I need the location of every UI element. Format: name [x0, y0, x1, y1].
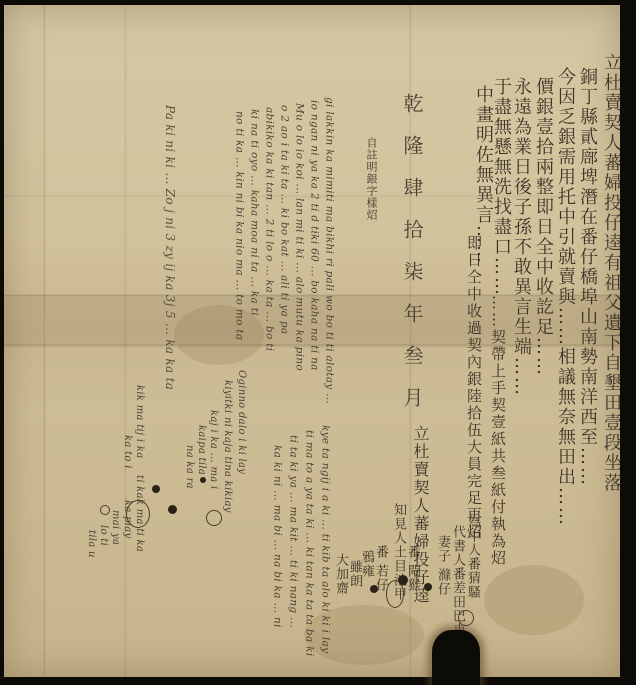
chinese-body-col-3: 今因乏銀需用托中引就賣與……相議無奈無田出…… [556, 67, 574, 527]
romanized-col-6: ki na ti oyo ... kaha moa ni ta ... ka t… [249, 109, 260, 316]
witness-signature: 雖朗 [348, 560, 361, 588]
romanized-col-3: Mu o lo io koi ... lan mi ti ki ... alo … [294, 103, 305, 371]
romanized-bottom-col-4: ka ki ni ... ma bi ... na bi ka ... ni [272, 445, 283, 628]
ink-dot [370, 585, 378, 593]
romanized-name: na ka ra [184, 445, 194, 489]
seal-mark [458, 610, 474, 626]
stain [484, 565, 584, 635]
chinese-body-col-5: 永遠為業日後子孫不敢異言生端…… [512, 77, 530, 397]
middleman-signature: 為中人番猜騷 [466, 515, 479, 599]
romanized-bottom-col-1: kye ta ngij i a ki ... ti kib ta alo ki … [320, 425, 331, 653]
son-signature: 妻子 滌仔 [436, 535, 449, 596]
romanized-col-1: gi lakkin ka mimiti ma bikhi ri pali wo … [324, 97, 335, 404]
romanized-col-7: no ti ka ... kin ni bi ka nio ma ... to … [234, 111, 245, 340]
romanized-col-4: o 2 ao i ta ki ta ... ki bo kat ... ali … [279, 105, 290, 334]
ink-dot [168, 505, 177, 514]
romanized-name: mai ya [110, 510, 120, 545]
seal-mark [100, 505, 110, 515]
romanized-col-5: abikiko ka ki tan ... 2 ti lo o ... ka t… [264, 107, 275, 351]
seal-mark [206, 510, 222, 526]
romanized-bottom-col-3: ti ta ki ya ... ma kit ... ti ki nang ..… [288, 435, 299, 628]
romanized-name: tila u [86, 530, 96, 558]
receipt-column: 即日仝中收過契內銀陸拾伍大員完足再炤 [466, 235, 481, 541]
ink-dot [152, 485, 160, 493]
romanized-name: kaipa tila [196, 425, 206, 475]
romanized-col-2: io ngan ni ya ka 2 ti d tiki 60 ... bo k… [309, 100, 320, 371]
chinese-body-col-1: 立杜賣契人蕃婦投仔逵有祖父遺下自墾田壹段坐落 [602, 53, 620, 493]
date-column: 乾隆肆拾柒年叁月 [402, 93, 422, 429]
ink-dot [398, 575, 408, 585]
receipt-column-2: ……契帶上手契壹紙共叁紙付執為炤 [490, 295, 505, 567]
romanized-name: kiyitki ni kaja tina kikiay [222, 380, 232, 513]
romanized-name: ka to i [122, 435, 132, 469]
deed-paper: 立杜賣契人蕃婦投仔逵有祖父遺下自墾田壹段坐落 銅丁縣貳廍埤潛在番仔橋埠山南勢南洋… [4, 5, 620, 677]
paper-damage-hole [432, 630, 480, 685]
chinese-body-col-2: 銅丁縣貳廍埤潛在番仔橋埠山南勢南洋西至…… [578, 67, 596, 487]
witness-signature: 番 閘猴 [406, 545, 419, 592]
ink-dot [200, 477, 206, 483]
scan-background-edge [620, 0, 636, 685]
seal-mark [126, 500, 150, 528]
romanized-name: kaj i ka ... ma i [208, 410, 218, 490]
witness-signature: 大加齋 [334, 553, 347, 595]
romanized-bottom-col-2: ti ma to a ya ta ki ... ki tan ka ta ta … [304, 430, 315, 656]
romanized-name: Oginno dalo i ki lay [236, 370, 246, 474]
chinese-body-col-4: 價銀壹拾兩整即日全中收訖足…… [534, 77, 552, 377]
ink-dot [424, 583, 432, 591]
romanized-far-left: Pa ki ni ki ... Zo j ni 3 zy ij ka 3j 5 … [164, 105, 176, 390]
date-annotation: 自註明銀字樣炤 [366, 137, 377, 221]
chinese-body-col-6: 于盡無懸無洗找盡口…… [492, 77, 510, 297]
romanized-name: lo ti [98, 525, 108, 546]
romanized-name: kik ma tij i ka [134, 385, 144, 459]
